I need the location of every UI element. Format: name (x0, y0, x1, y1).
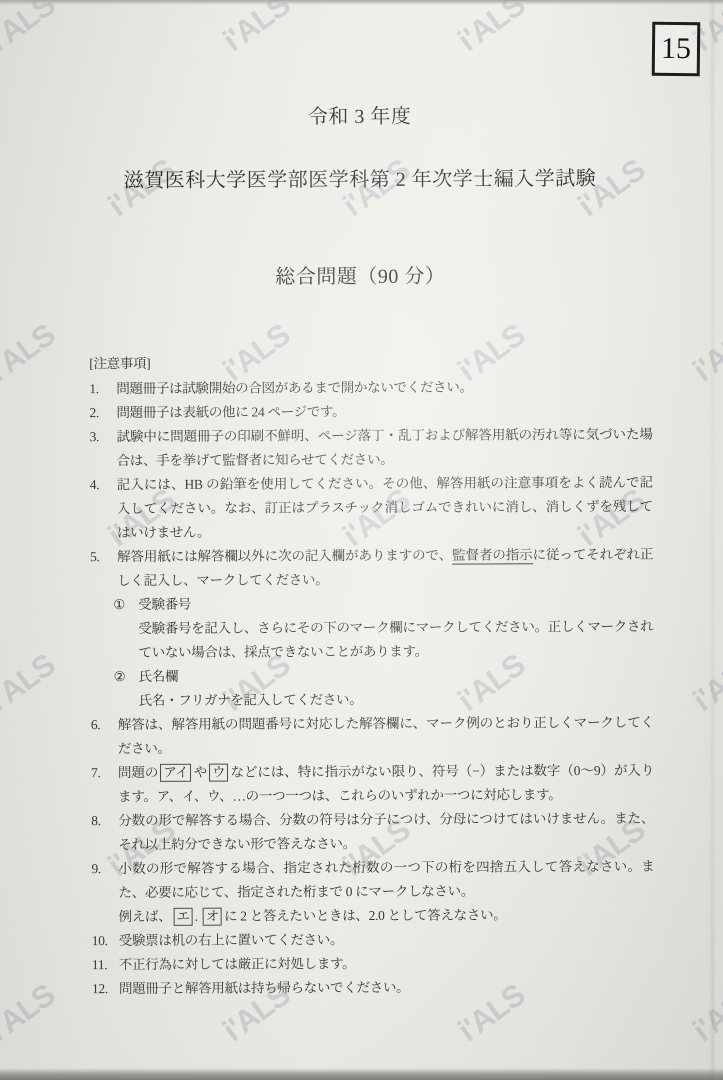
text-segment: 試験中に問題冊子の印刷不鮮明、ページ落丁・乱丁および解答用紙の汚れ等に気づいた場… (117, 427, 653, 468)
notice-number: 10. (92, 929, 119, 953)
notice-row: 4.記入には、HB の鉛筆を使用してください。その他、解答用紙の注意事項をよく読… (90, 471, 653, 545)
exam-year-title: 令和 3 年度 (0, 98, 721, 130)
answer-cell-box: オ (203, 908, 222, 926)
notice-text: 受験票は机の右上に置いてください。 (119, 927, 655, 953)
answer-cell-box: アイ (160, 764, 191, 782)
notice-text: 問題のアイやウなどには、特に指示がない限り、符号（−）または数字（0〜9）が入り… (118, 759, 654, 809)
notices-list: 1.問題冊子は試験開始の合図があるまで開かないでください。2.問題冊子は表紙の他… (89, 375, 655, 1001)
notice-number: 11. (92, 953, 119, 977)
notice-row: 受験番号を記入し、さらにその下のマーク欄にマークしてください。正しくマークされて… (138, 615, 653, 665)
text-segment: に 2 と答えたいときは、2.0 として答えなさい。 (224, 907, 507, 923)
paper-edge-top (0, 0, 723, 5)
notice-text: 解答は、解答用紙の問題番号に対応した解答欄に、マーク例のとおり正しくマークしてく… (118, 711, 654, 761)
notice-number: 4. (90, 473, 117, 497)
text-segment: 分数の形で解答する場合、分数の符号は分子につけ、分母につけてはいけません。また、… (118, 811, 654, 852)
text-segment: 氏名・フリガナを記入してください。 (139, 692, 363, 708)
text-segment: 記入には、HB の鉛筆を使用してください。その他、解答用紙の注意事項をよく読んで… (117, 475, 653, 540)
page-content: 令和 3 年度 滋賀医科大学医学部医学科第 2 年次学士編入学試験 総合問題（9… (0, 0, 723, 1080)
notice-number: 8. (91, 809, 118, 833)
notice-row: ②氏名欄 (114, 663, 654, 689)
notice-text: 問題冊子と解答用紙は持ち帰らないでください。 (119, 975, 655, 1001)
paper-crease-right (711, 0, 714, 1080)
notice-row: 7.問題のアイやウなどには、特に指示がない限り、符号（−）または数字（0〜9）が… (91, 759, 654, 809)
notice-text: 解答用紙には解答欄以外に次の記入欄がありますので、監督者の指示に従ってそれぞれ正… (117, 543, 653, 593)
notice-text: 氏名・フリガナを記入してください。 (139, 687, 654, 713)
notice-number: 5. (90, 545, 117, 569)
notice-row: 11.不正行為に対しては厳正に対処します。 (92, 951, 655, 977)
exam-cover-page: i'ALSi'ALSi'ALSi'ALSi'ALSi'ALSi'ALSi'ALS… (0, 0, 723, 1080)
notice-row: 3.試験中に問題冊子の印刷不鮮明、ページ落丁・乱丁および解答用紙の汚れ等に気づい… (89, 423, 652, 473)
notice-text: 試験中に問題冊子の印刷不鮮明、ページ落丁・乱丁および解答用紙の汚れ等に気づいた場… (116, 423, 652, 473)
text-segment: 問題冊子は試験開始の合図があるまで開かないでください。 (116, 380, 472, 397)
notice-number: ② (114, 665, 139, 689)
notice-text: 受験番号 (138, 591, 653, 617)
notice-text: 受験番号を記入し、さらにその下のマーク欄にマークしてください。正しくマークされて… (138, 615, 653, 665)
notice-row: 12.問題冊子と解答用紙は持ち帰らないでください。 (92, 975, 655, 1001)
notices-section: [注意事項] 1.問題冊子は試験開始の合図があるまで開かないでください。2.問題… (89, 350, 655, 1001)
answer-cell-box: ウ (209, 764, 228, 782)
notice-number: ① (113, 593, 138, 617)
paper-edge-bottom (0, 1068, 723, 1080)
notice-text: 分数の形で解答する場合、分数の符号は分子につけ、分母につけてはいけません。また、… (118, 807, 654, 857)
notices-heading: [注意事項] (89, 350, 652, 376)
notice-text: 記入には、HB の鉛筆を使用してください。その他、解答用紙の注意事項をよく読んで… (117, 471, 653, 545)
text-segment: 受験番号 (138, 597, 191, 612)
notice-number: 3. (89, 425, 116, 449)
text-segment: 小数の形で解答する場合、指定された桁数の一つ下の桁を四捨五入して答えなさい。また… (118, 859, 654, 900)
text-segment: 問題の (118, 765, 158, 780)
page-number-box: 15 (652, 22, 701, 76)
notice-number: 12. (92, 977, 119, 1001)
notice-text: 問題冊子は試験開始の合図があるまで開かないでください。 (116, 375, 652, 401)
text-segment: 解答は、解答用紙の問題番号に対応した解答欄に、マーク例のとおり正しくマークしてく… (118, 715, 654, 756)
notice-text: 氏名欄 (139, 663, 654, 689)
text-segment: 問題冊子は表紙の他に 24 ページです。 (116, 404, 345, 420)
notice-number: 9. (91, 857, 118, 881)
text-segment: や (193, 765, 207, 780)
text-segment: 氏名欄 (139, 669, 179, 684)
text-segment: 受験番号を記入し、さらにその下のマーク欄にマークしてください。正しくマークされて… (138, 619, 653, 660)
notice-number: 1. (89, 377, 116, 401)
exam-subject-title: 総合問題（90 分） (0, 258, 722, 290)
notice-number: 6. (91, 713, 118, 737)
page-number: 15 (661, 32, 691, 66)
text-segment: 例えば、 (119, 909, 172, 924)
notice-text: 問題冊子は表紙の他に 24 ページです。 (116, 399, 652, 425)
text-segment: 不正行為に対しては厳正に対処します。 (119, 956, 356, 972)
notice-row: 2.問題冊子は表紙の他に 24 ページです。 (89, 399, 652, 425)
notice-row: 氏名・フリガナを記入してください。 (139, 687, 654, 713)
text-segment: 受験票は机の右上に置いてください。 (119, 932, 343, 948)
notice-number: 7. (91, 761, 118, 785)
underlined-text: 監督者の指示 (452, 547, 533, 564)
notice-row: 5.解答用紙には解答欄以外に次の記入欄がありますので、監督者の指示に従ってそれぞ… (90, 543, 653, 593)
notice-row: 9.小数の形で解答する場合、指定された桁数の一つ下の桁を四捨五入して答えなさい。… (91, 855, 654, 929)
notice-text: 不正行為に対しては厳正に対処します。 (119, 951, 655, 977)
text-segment: 問題冊子と解答用紙は持ち帰らないでください。 (119, 980, 409, 996)
notice-row: ①受験番号 (113, 591, 653, 617)
notice-row: 8.分数の形で解答する場合、分数の符号は分子につけ、分母につけてはいけません。ま… (91, 807, 654, 857)
answer-cell-box: エ (173, 908, 192, 926)
text-segment: . (195, 909, 201, 924)
notice-text: 小数の形で解答する場合、指定された桁数の一つ下の桁を四捨五入して答えなさい。また… (118, 855, 654, 929)
notice-row: 1.問題冊子は試験開始の合図があるまで開かないでください。 (89, 375, 652, 401)
exam-name-title: 滋賀医科大学医学部医学科第 2 年次学士編入学試験 (0, 161, 721, 193)
text-segment: 解答用紙には解答欄以外に次の記入欄がありますので、 (117, 548, 452, 564)
notice-number: 2. (89, 401, 116, 425)
notice-row: 6.解答は、解答用紙の問題番号に対応した解答欄に、マーク例のとおり正しくマークし… (91, 711, 654, 761)
notice-row: 10.受験票は机の右上に置いてください。 (92, 927, 655, 953)
